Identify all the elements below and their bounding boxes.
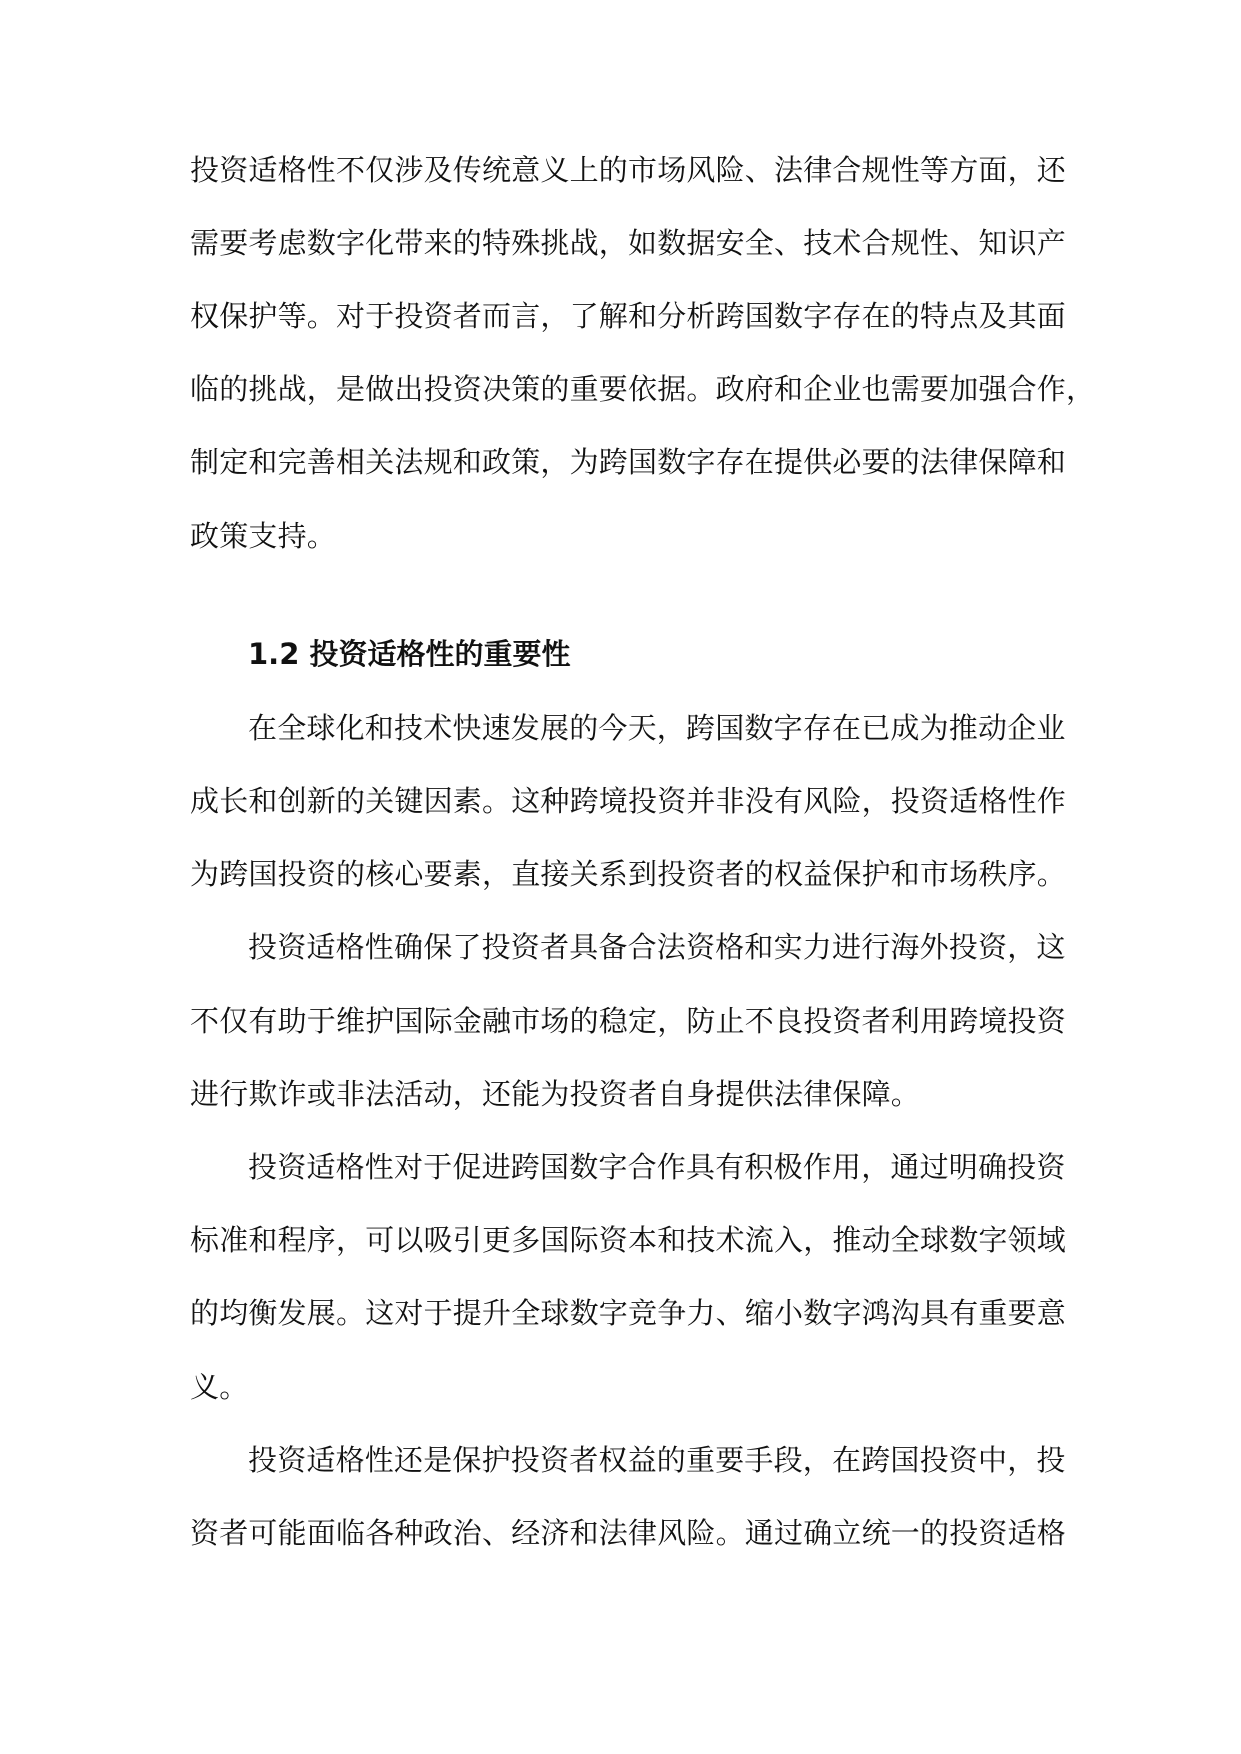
paragraph-4-line-1: 投资适格性对于促进跨国数字合作具有积极作用，通过明确投资 [248, 1147, 1052, 1187]
paragraph-3-line-2: 不仅有助于维护国际金融市场的稳定，防止不良投资者利用跨境投资 [190, 1001, 1052, 1041]
paragraph-1-line-2: 需要考虑数字化带来的特殊挑战，如数据安全、技术合规性、知识产 [190, 223, 1052, 263]
paragraph-1-line-6: 政策支持。 [190, 516, 1052, 556]
paragraph-2-line-3: 为跨国投资的核心要素，直接关系到投资者的权益保护和市场秩序。 [190, 854, 1052, 894]
paragraph-4-line-2: 标准和程序，可以吸引更多国际资本和技术流入，推动全球数字领域 [190, 1220, 1052, 1260]
paragraph-3-line-1: 投资适格性确保了投资者具备合法资格和实力进行海外投资，这 [248, 927, 1052, 967]
paragraph-2-line-2: 成长和创新的关键因素。这种跨境投资并非没有风险，投资适格性作 [190, 781, 1052, 821]
paragraph-4-line-3: 的均衡发展。这对于提升全球数字竞争力、缩小数字鸿沟具有重要意 [190, 1293, 1052, 1333]
paragraph-1-line-4: 临的挑战，是做出投资决策的重要依据。政府和企业也需要加强合作， [190, 369, 1052, 409]
paragraph-5-line-1: 投资适格性还是保护投资者权益的重要手段，在跨国投资中，投 [248, 1440, 1052, 1480]
paragraph-1-line-1: 投资适格性不仅涉及传统意义上的市场风险、法律合规性等方面，还 [190, 150, 1052, 190]
document-page: 投资适格性不仅涉及传统意义上的市场风险、法律合规性等方面，还 需要考虑数字化带来… [0, 0, 1241, 1754]
paragraph-2-line-1: 在全球化和技术快速发展的今天，跨国数字存在已成为推动企业 [248, 708, 1052, 748]
paragraph-1-line-3: 权保护等。对于投资者而言，了解和分析跨国数字存在的特点及其面 [190, 296, 1052, 336]
paragraph-3-line-3: 进行欺诈或非法活动，还能为投资者自身提供法律保障。 [190, 1074, 1052, 1114]
paragraph-5-line-2: 资者可能面临各种政治、经济和法律风险。通过确立统一的投资适格 [190, 1513, 1052, 1553]
section-heading: 1.2 投资适格性的重要性 [248, 634, 570, 674]
paragraph-1-line-5: 制定和完善相关法规和政策，为跨国数字存在提供必要的法律保障和 [190, 442, 1052, 482]
paragraph-4-line-4: 义。 [190, 1367, 1052, 1407]
